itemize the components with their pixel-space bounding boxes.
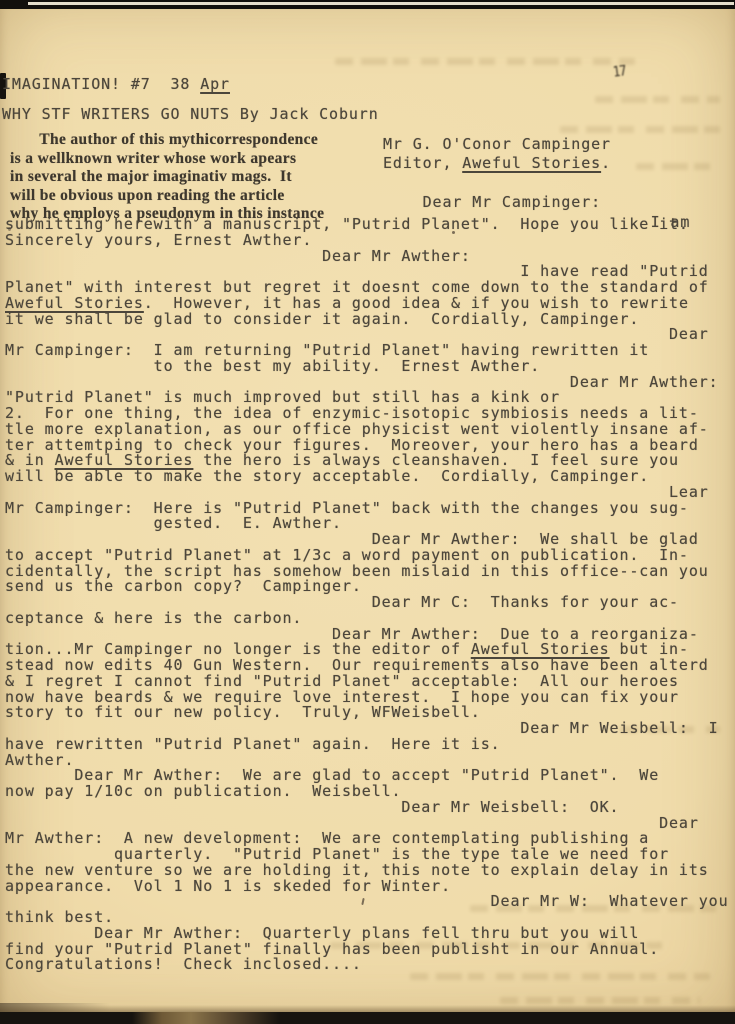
bleedthrough-artifact xyxy=(595,96,720,103)
text-line: have rewritten "Putrid Planet" again. He… xyxy=(5,737,729,753)
bleedthrough-artifact xyxy=(335,58,635,65)
address-line xyxy=(383,174,690,193)
intro-line: is a wellknown writer whose work apears xyxy=(10,150,324,169)
zine-header: IMAGINATION! #7 38 Apr xyxy=(2,76,230,92)
address-line: Editor, Aweful Stories. xyxy=(383,154,690,173)
intro-line: in several the major imaginativ mags. It xyxy=(10,168,324,187)
address-line: Mr G. O'Conor Campinger xyxy=(383,135,690,154)
intro-line: The author of this mythicorrespondence xyxy=(10,131,324,150)
article-intro: The author of this mythicorrespondenceis… xyxy=(10,131,324,224)
article-title: WHY STF WRITERS GO NUTS By Jack Coburn xyxy=(2,106,379,123)
bleedthrough-artifact xyxy=(410,973,710,980)
scan-edge-top xyxy=(0,0,735,9)
scan-edge-bottom xyxy=(0,1012,735,1024)
bleedthrough-artifact xyxy=(560,126,720,133)
scan-edge-highlight xyxy=(28,2,734,5)
address-line: Dear Mr Campinger: xyxy=(383,193,690,212)
bleedthrough-artifact xyxy=(500,997,700,1004)
text-line: Congratulations! Check inclosed.... xyxy=(5,957,729,973)
intro-line: will be obvious upon reading the article xyxy=(10,187,324,206)
letter-body: submitting herewith a manuscript, "Putri… xyxy=(5,217,729,973)
page-number-smudge: 17 xyxy=(612,63,626,80)
scanned-page: IMAGINATION! #7 38 Apr 17 WHY STF WRITER… xyxy=(0,0,735,1024)
